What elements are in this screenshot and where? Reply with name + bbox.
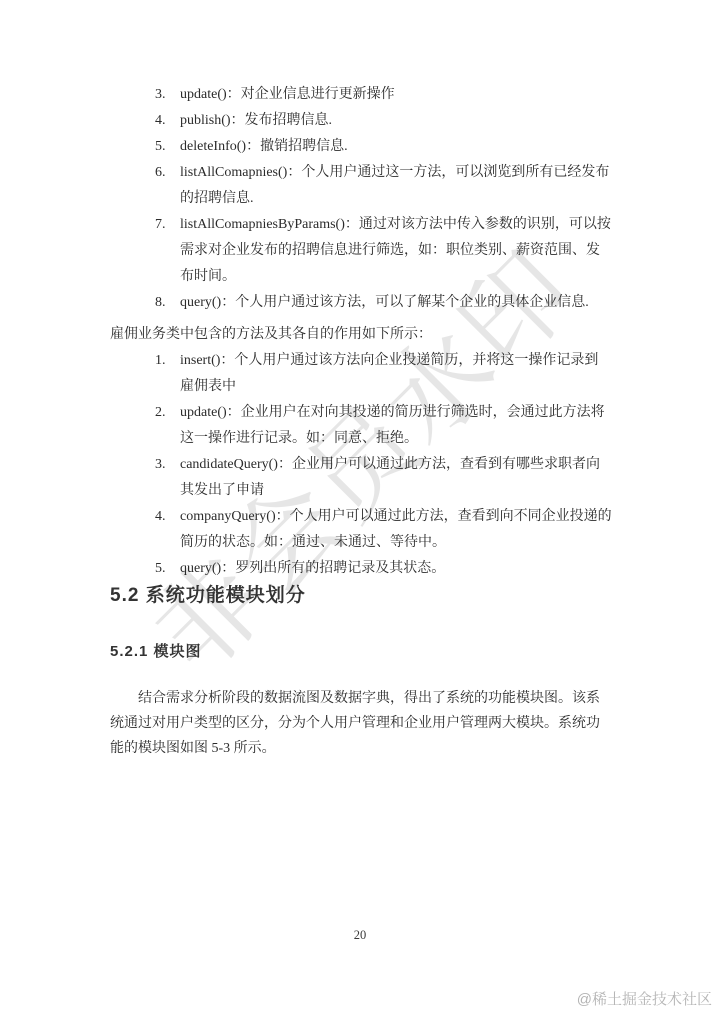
list-item-number: 8. [155,290,180,316]
page-content: 3. update()：对企业信息进行更新操作 4. publish()：发布招… [110,0,612,1019]
list-item-text: query()：个人用户通过该方法，可以了解某个企业的具体企业信息. [180,290,612,316]
list-item: 2. update()：企业用户在对向其投递的简历进行筛选时，会通过此方法将这一… [155,400,612,452]
community-watermark: @稀土掘金技术社区 [577,988,712,1009]
list-item-text: publish()：发布招聘信息. [180,108,612,134]
page-number: 20 [0,928,720,943]
list-item-number: 7. [155,212,180,290]
employment-methods-list: 1. insert()：个人用户通过该方法向企业投递简历，并将这一操作记录到雇佣… [155,348,612,582]
list-item: 8. query()：个人用户通过该方法，可以了解某个企业的具体企业信息. [155,290,612,316]
list-item: 3. update()：对企业信息进行更新操作 [155,82,612,108]
list-item: 3. candidateQuery()：企业用户可以通过此方法，查看到有哪些求职… [155,452,612,504]
list-item-text: companyQuery()：个人用户可以通过此方法，查看到向不同企业投递的简历… [180,504,612,556]
list-item: 5. deleteInfo()：撤销招聘信息. [155,134,612,160]
list-item-text: candidateQuery()：企业用户可以通过此方法，查看到有哪些求职者向其… [180,452,612,504]
list-item-number: 4. [155,108,180,134]
list-item-number: 4. [155,504,180,556]
list-item-text: update()：对企业信息进行更新操作 [180,82,612,108]
subsection-heading: 5.2.1 模块图 [110,641,612,663]
list-item-number: 1. [155,348,180,400]
list-item: 6. listAllComapnies()：个人用户通过这一方法，可以浏览到所有… [155,160,612,212]
list-item-text: deleteInfo()：撤销招聘信息. [180,134,612,160]
list-item-text: insert()：个人用户通过该方法向企业投递简历，并将这一操作记录到雇佣表中 [180,348,612,400]
document-page: 非会员水印 3. update()：对企业信息进行更新操作 4. publish… [0,0,720,1019]
section-heading: 5.2 系统功能模块划分 [110,582,612,610]
list-item-text: update()：企业用户在对向其投递的简历进行筛选时，会通过此方法将这一操作进… [180,400,612,452]
body-paragraph: 结合需求分析阶段的数据流图及数据字典，得出了系统的功能模块图。该系统通过对用户类… [110,686,612,761]
employment-methods-intro: 雇佣业务类中包含的方法及其各自的作用如下所示： [110,322,612,348]
list-item: 4. publish()：发布招聘信息. [155,108,612,134]
list-item: 5. query()：罗列出所有的招聘记录及其状态。 [155,556,612,582]
list-item-number: 3. [155,82,180,108]
list-item-number: 3. [155,452,180,504]
list-item-text: listAllComapniesByParams()：通过对该方法中传入参数的识… [180,212,612,290]
list-item-number: 5. [155,556,180,582]
list-item-number: 2. [155,400,180,452]
list-item-text: query()：罗列出所有的招聘记录及其状态。 [180,556,612,582]
list-item: 1. insert()：个人用户通过该方法向企业投递简历，并将这一操作记录到雇佣… [155,348,612,400]
list-item: 4. companyQuery()：个人用户可以通过此方法，查看到向不同企业投递… [155,504,612,556]
list-item-text: listAllComapnies()：个人用户通过这一方法，可以浏览到所有已经发… [180,160,612,212]
list-item-number: 6. [155,160,180,212]
list-item-number: 5. [155,134,180,160]
list-item: 7. listAllComapniesByParams()：通过对该方法中传入参… [155,212,612,290]
company-methods-list: 3. update()：对企业信息进行更新操作 4. publish()：发布招… [155,82,612,316]
